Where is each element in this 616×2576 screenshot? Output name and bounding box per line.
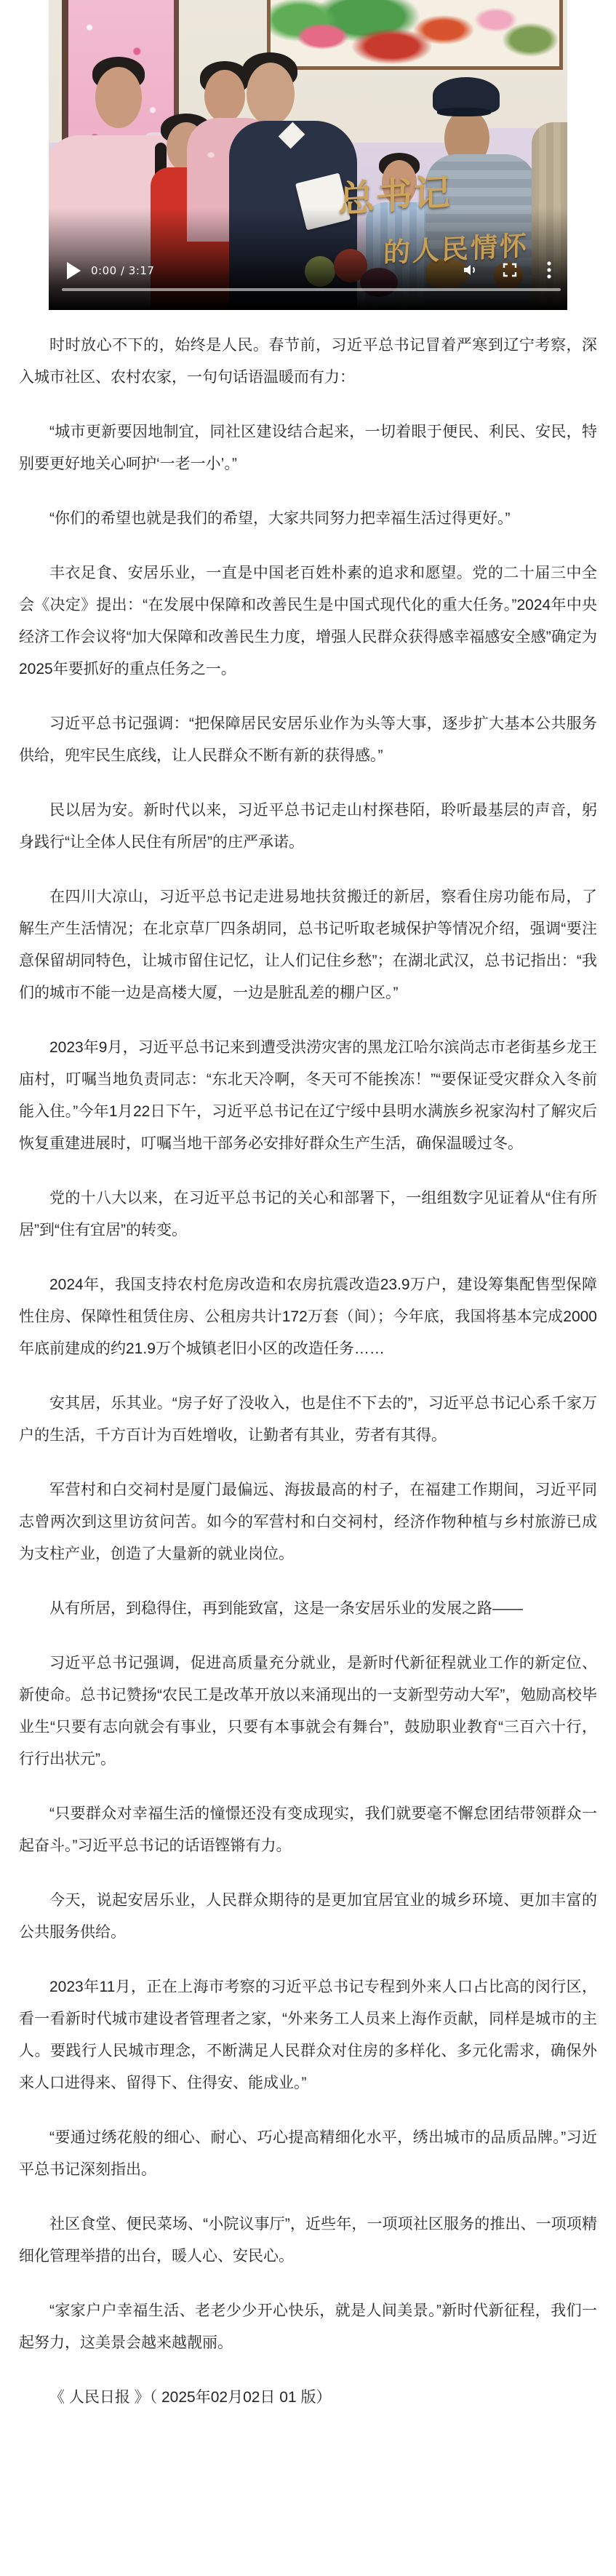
article-paragraph: 丰衣足食、安居乐业，一直是中国老百姓朴素的追求和愿望。党的二十届三中全会《决定》… — [19, 557, 597, 685]
article-paragraph: 时时放心不下的，始终是人民。春节前，习近平总书记冒着严寒到辽宁考察，深入城市社区… — [19, 330, 597, 394]
article-paragraph: 军营村和白交祠村是厦门最偏远、海拔最高的村子，在福建工作期间，习近平同志曾两次到… — [19, 1474, 597, 1570]
person-figure — [95, 67, 142, 128]
flat-cap — [437, 108, 491, 116]
progress-bar[interactable] — [62, 288, 561, 291]
volume-icon[interactable] — [462, 261, 479, 279]
article-paragraph: 2023年11月，正在上海市考察的习近平总书记专程到外来人口占比高的闵行区，看一… — [19, 1971, 597, 2099]
article-paragraph: 安其居，乐其业。“房子好了没收入，也是住不下去的”，习近平总书记心系千家万户的生… — [19, 1388, 597, 1452]
article-paragraph: 今天，说起安居乐业，人民群众期待的是更加宜居宜业的城乡环境、更加丰富的公共服务供… — [19, 1885, 597, 1949]
video-overlay-subtitle: 的人民情怀 — [383, 232, 529, 267]
person-figure — [204, 70, 245, 122]
article-paragraph: 习近平总书记强调：“把保障居民安居乐业作为头等大事，逐步扩大基本公共服务供给，兜… — [19, 708, 597, 772]
article-paragraph: “要通过绣花般的细心、耐心、巧心提高精细化水平，绣出城市的品质品牌。”习近平总书… — [19, 2122, 597, 2186]
article-paragraph: 社区食堂、便民菜场、“小院议事厅”，近些年，一项项社区服务的推出、一项项精细化管… — [19, 2209, 597, 2273]
video-overlay-title: 总书记 — [338, 173, 452, 218]
play-button[interactable] — [67, 262, 81, 279]
article-paragraph: “城市更新要因地制宜，同社区建设结合起来，一切着眼于便民、利民、安民，特别要更好… — [19, 416, 597, 480]
article-paragraph: 2023年9月，习近平总书记来到遭受洪涝灾害的黑龙江哈尔滨尚志市老街基乡龙王庙村… — [19, 1032, 597, 1160]
article-source-line: 《 人民日报 》（ 2025年02月02日 01 版） — [19, 2382, 597, 2414]
article-paragraph: 从有所居，到稳得住，再到能致富，这是一条安居乐业的发展之路—— — [19, 1593, 597, 1625]
video-player[interactable]: 总书记 的人民情怀 0:00 / 3:17 — [49, 0, 567, 310]
fullscreen-icon[interactable] — [503, 263, 517, 277]
article-paragraph: “家家户户幸福生活、老老少少开心快乐，就是人间美景。”新时代新征程，我们一起努力… — [19, 2295, 597, 2359]
article-paragraph: “你们的希望也就是我们的希望，大家共同努力把幸福生活过得更好。” — [19, 503, 597, 535]
article-paragraph: 民以居为安。新时代以来，习近平总书记走山村探巷陌，聆听最基层的声音，躬身践行“让… — [19, 795, 597, 859]
article-paragraph: “只要群众对幸福生活的憧憬还没有变成现实，我们就要毫不懈怠团结带领群众一起奋斗。… — [19, 1798, 597, 1862]
overflow-menu-icon[interactable] — [546, 261, 552, 279]
article-paragraph: 2024年，我国支持农村危房改造和农房抗震改造23.9万户，建设筹集配售型保障性… — [19, 1269, 597, 1365]
person-figure — [247, 63, 295, 125]
article-paragraph: 党的十八大以来，在习近平总书记的关心和部署下，一组组数字见证着从“住有所居”到“… — [19, 1182, 597, 1247]
wall-painting — [267, 0, 563, 70]
article-paragraph: 在四川大凉山，习近平总书记走进易地扶贫搬迁的新居，察看住房功能布局，了解生产生活… — [19, 881, 597, 1009]
article-body: 时时放心不下的，始终是人民。春节前，习近平总书记冒着严寒到辽宁考察，深入城市社区… — [0, 310, 616, 2414]
time-display: 0:00 / 3:17 — [91, 264, 154, 277]
article-paragraph: 习近平总书记强调，促进高质量充分就业，是新时代新征程就业工作的新定位、新使命。总… — [19, 1647, 597, 1776]
